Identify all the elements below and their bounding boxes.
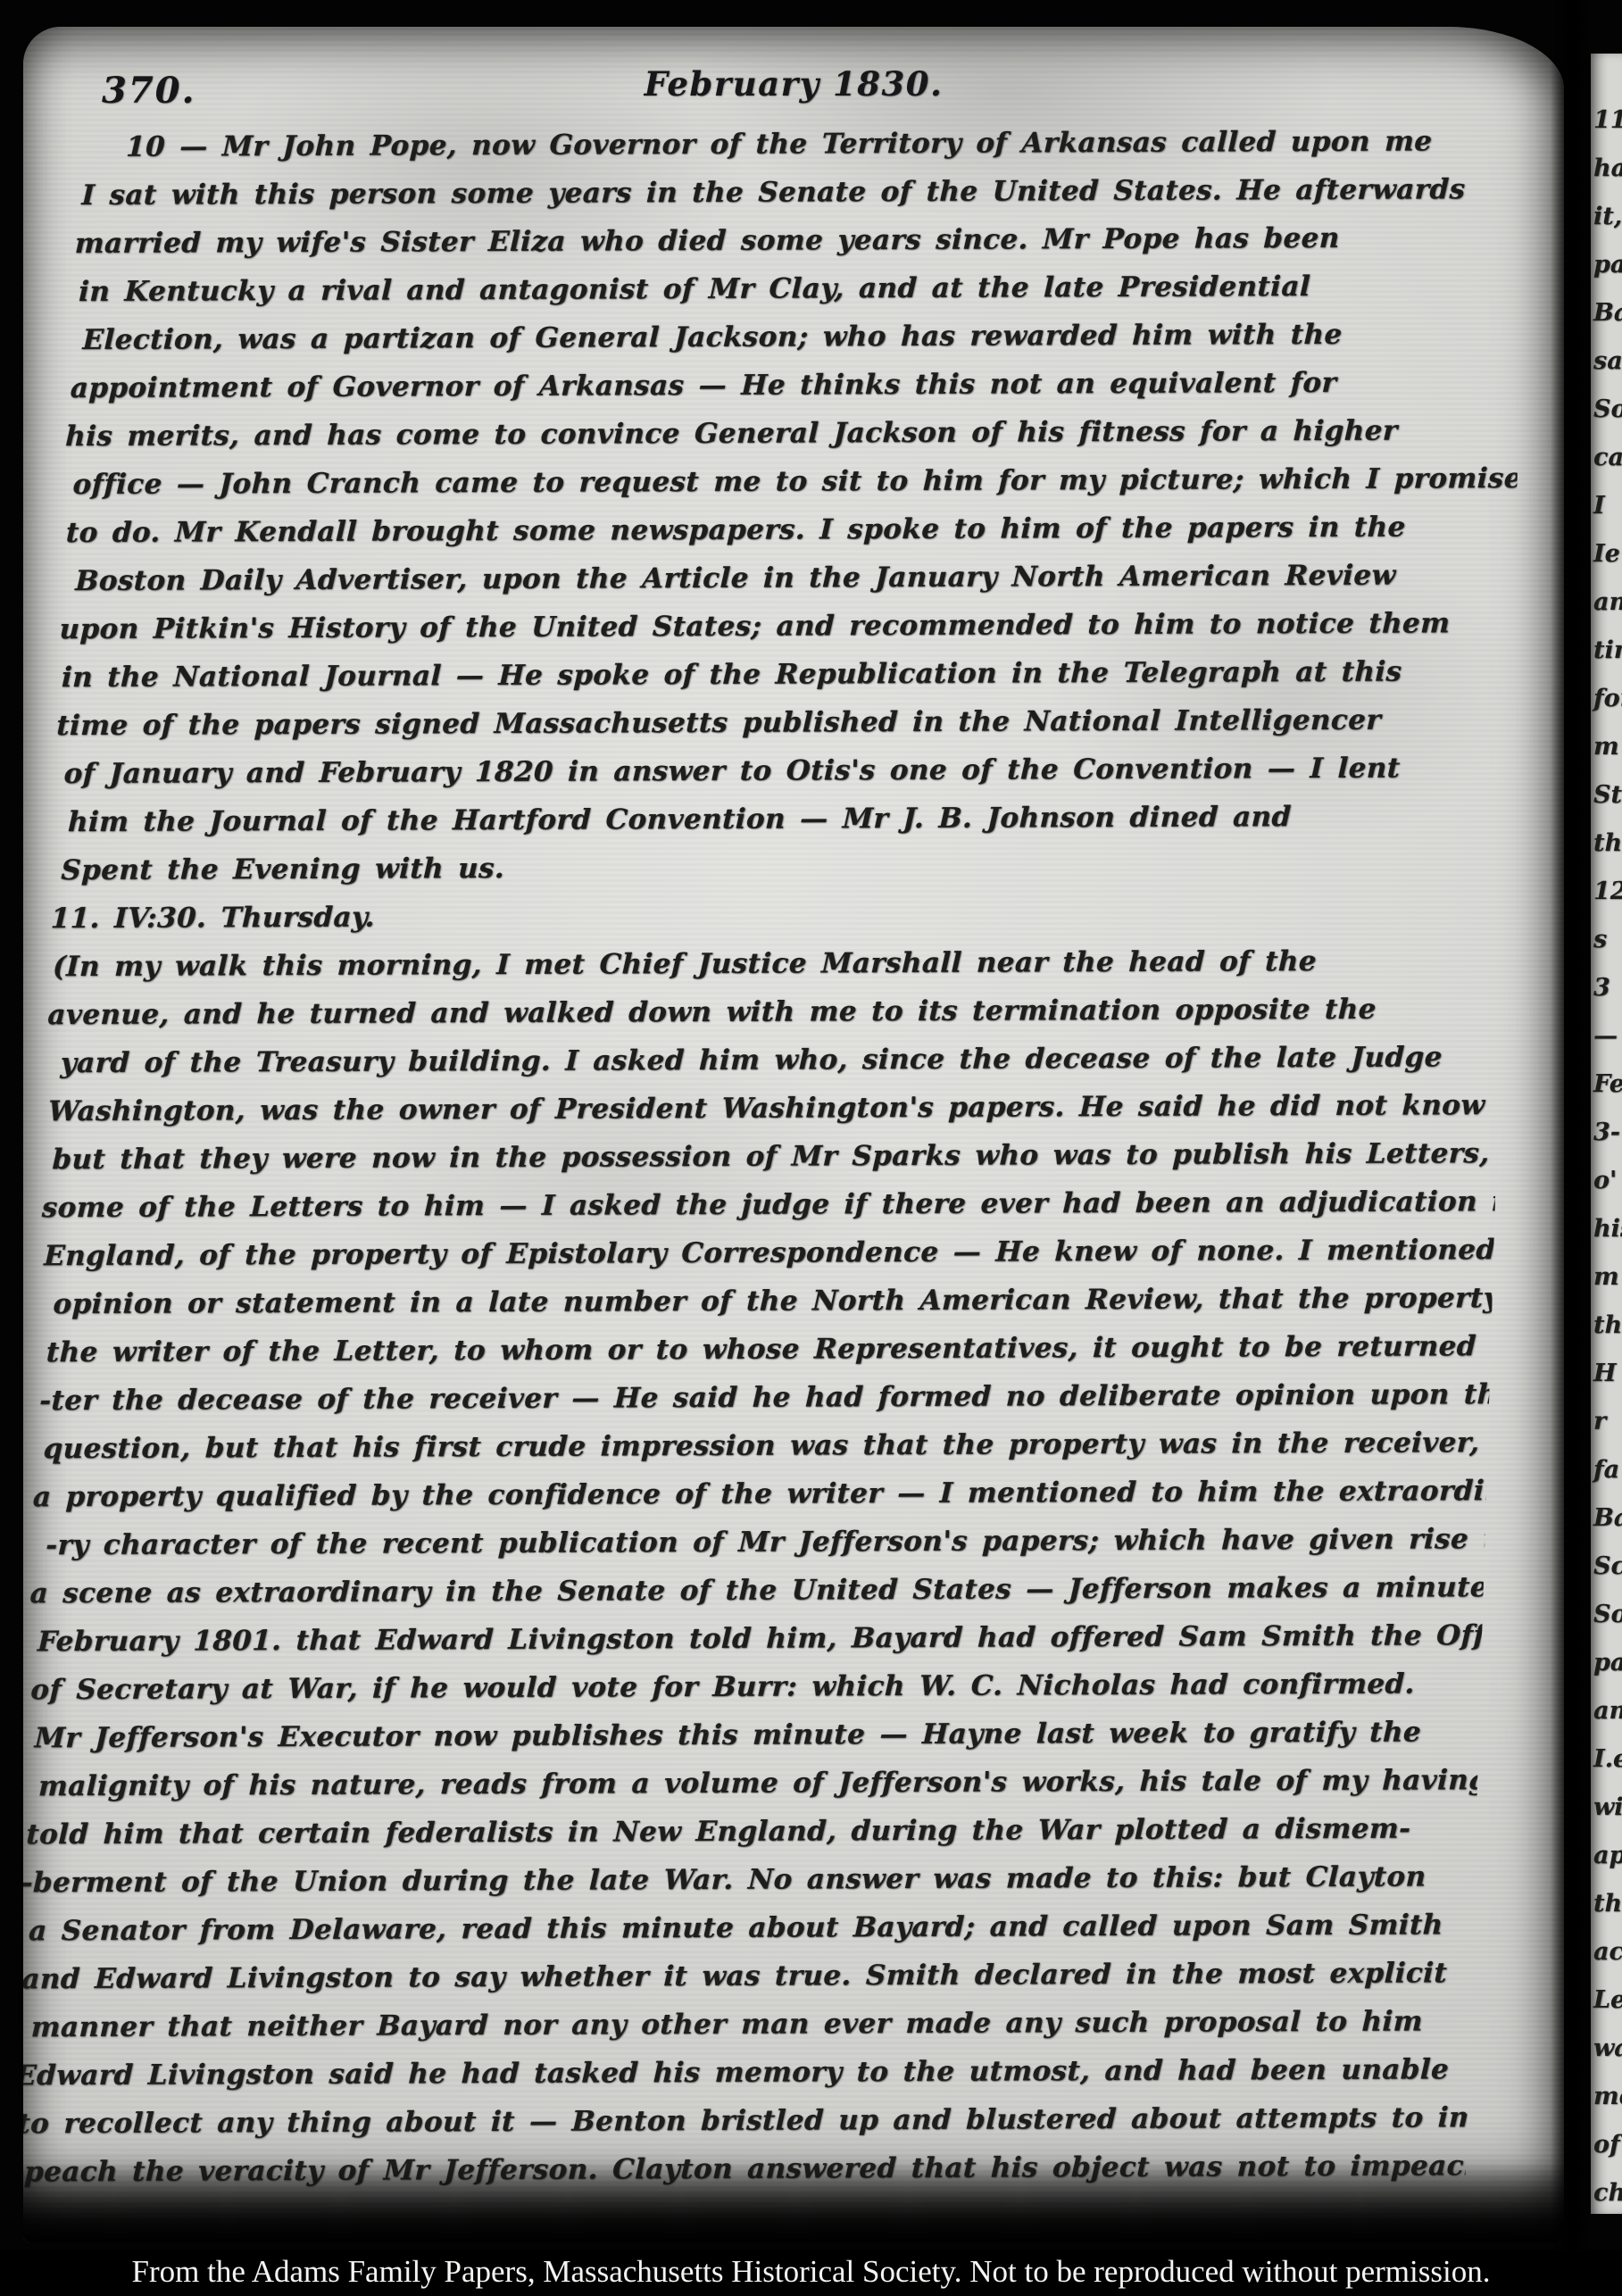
manuscript-line: Boston Daily Advertiser, upon the Articl… <box>60 551 1515 605</box>
manuscript-line: the writer of the Letter, to whom or to … <box>37 1322 1492 1377</box>
credit-caption-text: From the Adams Family Papers, Massachuse… <box>0 2250 1622 2294</box>
manuscript-line: I sat with this person some years in the… <box>72 165 1527 220</box>
manuscript-line: yard of the Treasury building. I asked h… <box>46 1033 1501 1087</box>
manuscript-line: to do. Mr Kendall brought some newspaper… <box>62 503 1517 557</box>
edge-fragment: I <box>1593 482 1622 530</box>
edge-fragment: So <box>1593 1591 1622 1639</box>
manuscript-line: Mr Jefferson's Executor now publishes th… <box>25 1708 1480 1762</box>
edge-fragment: Le <box>1593 1976 1622 2025</box>
manuscript-line: but that they were now in the possession… <box>43 1129 1498 1184</box>
manuscript-line: Washington, was the owner of President W… <box>44 1081 1499 1136</box>
manuscript-line: in Kentucky a rival and antagonist of Mr… <box>69 262 1524 316</box>
edge-fragment: 12 <box>1593 868 1622 916</box>
edge-fragment: of I <box>1593 2121 1622 2169</box>
manuscript-line: malignity of his nature, reads from a vo… <box>23 1756 1478 1810</box>
edge-fragment: 3- <box>1593 1109 1622 1157</box>
edge-fragment: Ie <box>1593 530 1622 578</box>
manuscript-line: of Secretary at War, if he would vote fo… <box>27 1660 1482 1714</box>
edge-fragment: ca <box>1593 434 1622 482</box>
manuscript-line: question, but that his first crude impre… <box>34 1418 1489 1473</box>
manuscript-line: -ter the decease of the receiver — He sa… <box>35 1370 1490 1425</box>
edge-fragment: Ba <box>1593 289 1622 337</box>
edge-fragment: s <box>1593 916 1622 964</box>
manuscript-line: opinion or statement in a late number of… <box>38 1274 1493 1328</box>
manuscript-line: England, of the property of Epistolary C… <box>39 1226 1494 1280</box>
manuscript-line: told him that certain federalists in New… <box>23 1804 1476 1859</box>
edge-fragment: Fet <box>1593 1061 1622 1109</box>
manuscript-line: Edward Livingston said he had tasked his… <box>23 2045 1469 2100</box>
edge-fragment: his <box>1593 1205 1622 1253</box>
manuscript-line: and Edward Livingston to say whether it … <box>23 1949 1472 2003</box>
edge-fragment: ha <box>1593 145 1622 193</box>
edge-fragment: was <box>1593 2025 1622 2073</box>
manuscript-text: 10 — Mr John Pope, now Governor of the T… <box>23 117 1528 2196</box>
manuscript-line: Spent the Evening with us. <box>52 840 1507 894</box>
edge-fragment: o' <box>1593 1157 1622 1205</box>
edge-fragment: Ba <box>1593 1494 1622 1543</box>
edge-fragment: for <box>1593 675 1622 723</box>
edge-fragment: — <box>1593 1012 1622 1061</box>
manuscript-line: of January and February 1820 in answer t… <box>54 744 1510 798</box>
edge-fragment: fa <box>1593 1446 1622 1494</box>
edge-fragment: H <box>1593 1350 1622 1398</box>
edge-fragment: with <box>1593 1784 1622 1832</box>
adjacent-page-fragments: 11.hait,paBasaSocaIIeantimformStth12s3—F… <box>1591 54 1622 2214</box>
edge-fragment: me <box>1593 2073 1622 2121</box>
edge-fragment: act <box>1593 1928 1622 1976</box>
page-header: 370. February 1830. <box>23 64 1564 118</box>
edge-fragment: 3 <box>1593 964 1622 1012</box>
credit-caption: From the Adams Family Papers, Massachuse… <box>0 2250 1622 2296</box>
edge-fragment: tim <box>1593 627 1622 675</box>
header-date: February 1830. <box>23 64 1564 104</box>
manuscript-line: a property qualified by the confidence o… <box>32 1467 1487 1521</box>
manuscript-line: to recollect any thing about it — Benton… <box>23 2093 1468 2148</box>
manuscript-line: -peach the veracity of Mr Jefferson. Cla… <box>23 2142 1467 2196</box>
edge-fragment: 11. <box>1593 96 1622 145</box>
manuscript-line: some of the Letters to him — I asked the… <box>41 1177 1496 1232</box>
manuscript-line: upon Pitkin's History of the United Stat… <box>59 599 1514 653</box>
edge-fragment: ch <box>1593 2169 1622 2214</box>
edge-fragment: an <box>1593 578 1622 627</box>
edge-fragment: it, <box>1593 193 1622 241</box>
edge-fragment: an <box>1593 1687 1622 1735</box>
manuscript-line: office — John Cranch came to request me … <box>63 454 1518 509</box>
edge-fragment: I.e <box>1593 1735 1622 1784</box>
edge-fragment: m <box>1593 1253 1622 1302</box>
manuscript-line: avenue, and he turned and walked down wi… <box>47 985 1502 1039</box>
edge-fragment: r <box>1593 1398 1622 1446</box>
manuscript-line: a scene as extraordinary in the Senate o… <box>29 1563 1485 1618</box>
edge-fragment: So <box>1593 386 1622 434</box>
edge-fragment: that <box>1593 1880 1622 1928</box>
manuscript-page: 370. February 1830. 10 — Mr John Pope, n… <box>23 27 1564 2242</box>
edge-fragment: m <box>1593 723 1622 771</box>
edge-fragment: sa <box>1593 337 1622 386</box>
edge-fragment: St <box>1593 771 1622 819</box>
manuscript-line: a Senator from Delaware, read this minut… <box>23 1901 1474 1955</box>
manuscript-line: in the National Journal — He spoke of th… <box>57 647 1512 702</box>
manuscript-line: his merits, and has come to convince Gen… <box>64 406 1519 461</box>
edge-fragment: pa <box>1593 241 1622 289</box>
edge-fragment: apy <box>1593 1832 1622 1880</box>
manuscript-line: married my wife's Sister Eliza who died … <box>71 213 1526 268</box>
manuscript-line: manner that neither Bayard nor any other… <box>23 1997 1471 2051</box>
adjacent-page-edge: 11.hait,paBasaSocaIIeantimformStth12s3—F… <box>1591 54 1622 2214</box>
manuscript-line: February 1801. that Edward Livingston to… <box>28 1611 1483 1666</box>
edge-fragment: th <box>1593 819 1622 868</box>
manuscript-line: Election, was a partizan of General Jack… <box>68 310 1523 364</box>
edge-fragment: Sca <box>1593 1543 1622 1591</box>
manuscript-line: -ry character of the recent publication … <box>30 1515 1485 1569</box>
manuscript-line: time of the papers signed Massachusetts … <box>56 695 1511 750</box>
manuscript-line: 11. IV:30. Thursday. <box>50 888 1505 943</box>
manuscript-line: (In my walk this morning, I met Chief Ju… <box>48 936 1503 991</box>
manuscript-line: 10 — Mr John Pope, now Governor of the T… <box>73 117 1528 171</box>
edge-fragment: the <box>1593 1302 1622 1350</box>
manuscript-line: him the Journal of the Hartford Conventi… <box>53 792 1508 846</box>
manuscript-line: -berment of the Union during the late Wa… <box>23 1852 1476 1907</box>
manuscript-line: appointment of Governor of Arkansas — He… <box>66 358 1521 412</box>
edge-fragment: pa <box>1593 1639 1622 1687</box>
